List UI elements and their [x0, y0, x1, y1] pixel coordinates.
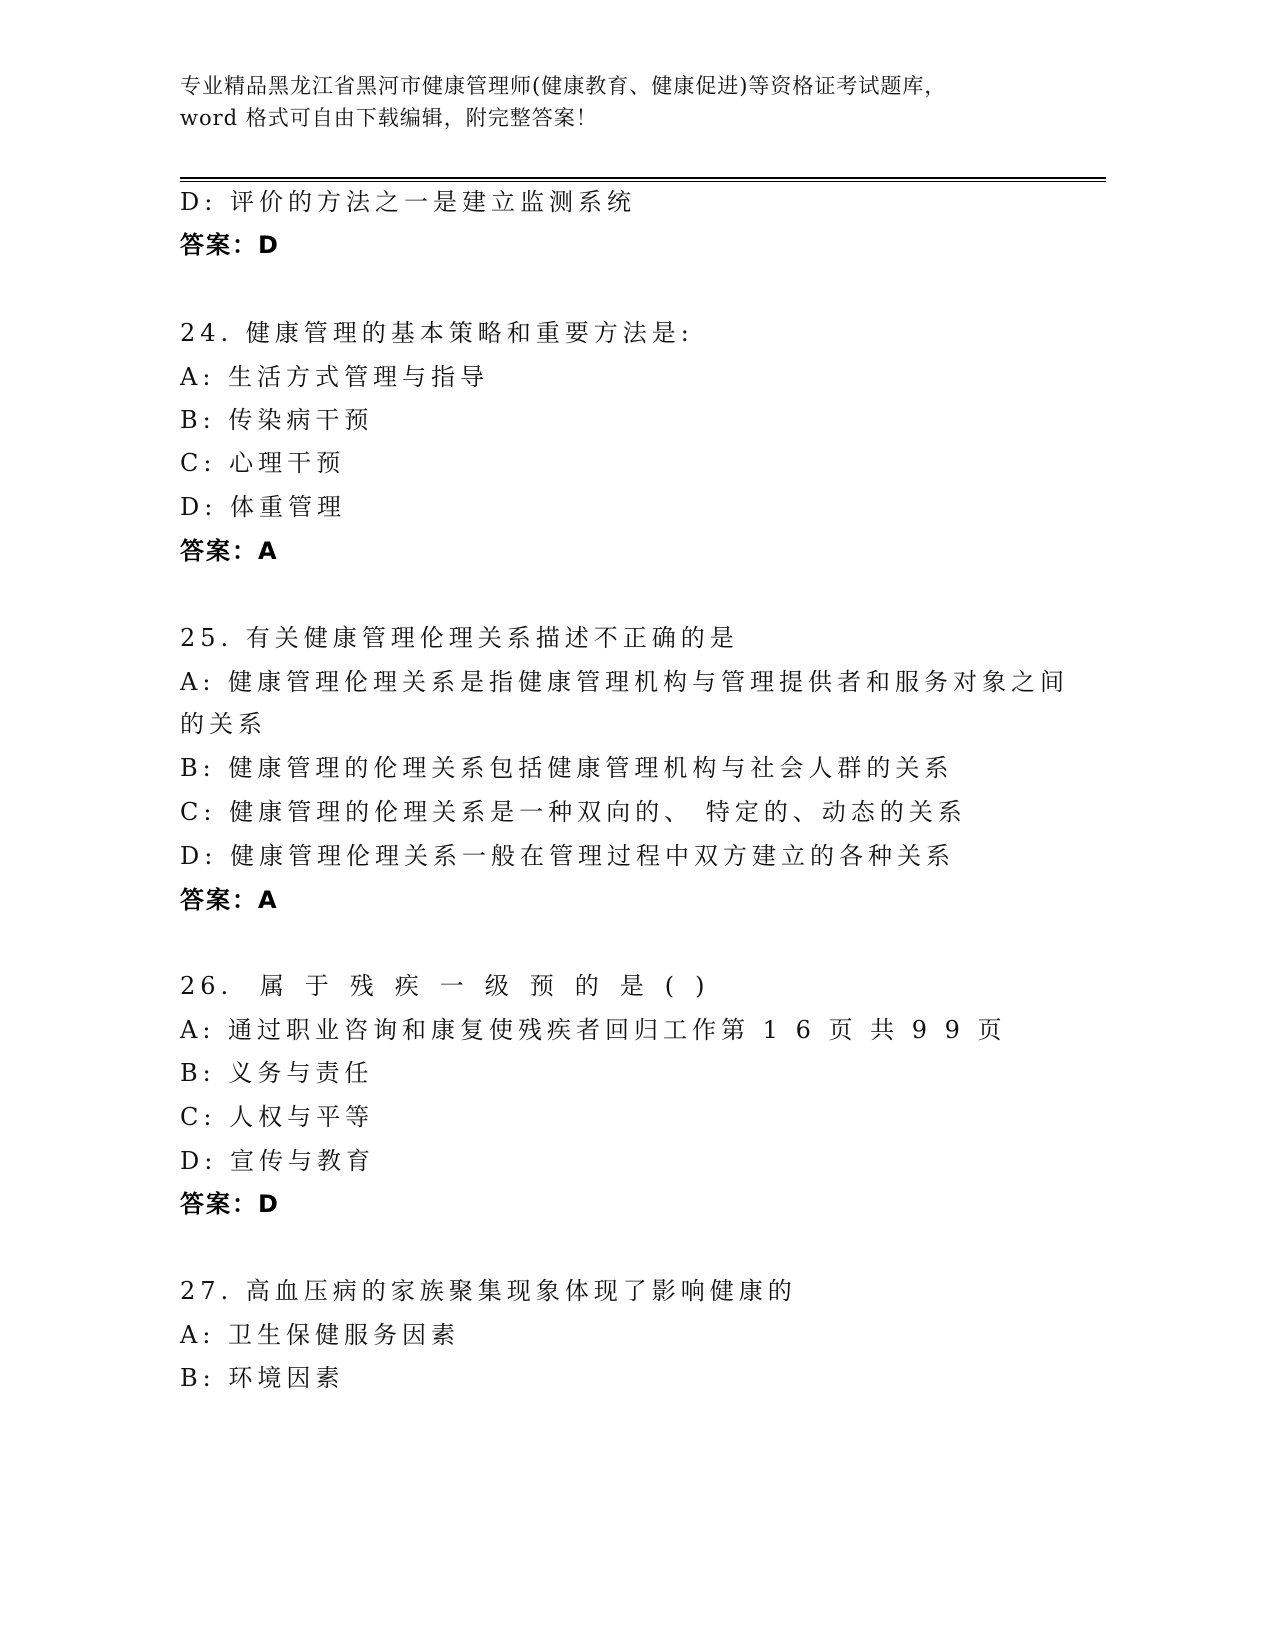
document-page: 专业精品黑龙江省黑河市健康管理师(健康教育、健康促进)等资格证考试题库， wor… — [0, 0, 1275, 1650]
question-26-option-d: D: 宣传与教育 — [180, 1145, 375, 1177]
question-26-number: 26. — [180, 972, 233, 1000]
question-26-stem: 26. 属于残疾一级预的是() — [180, 970, 726, 1002]
question-24-option-a: A: 生活方式管理与指导 — [180, 361, 489, 393]
question-25-stem: 25. 有关健康管理伦理关系描述不正确的是 — [180, 622, 739, 654]
question-25-option-c: C: 健康管理的伦理关系是一种双向的、 特定的、动态的关系 — [180, 796, 967, 828]
question-25-answer: 答案：A — [180, 884, 279, 916]
question-24-stem: 24. 健康管理的基本策略和重要方法是: — [180, 317, 694, 349]
question-27-option-a: A: 卫生保健服务因素 — [180, 1319, 460, 1351]
question-25-option-b: B: 健康管理的伦理关系包括健康管理机构与社会人群的关系 — [180, 752, 953, 784]
header-double-rule — [180, 177, 1106, 182]
question-24-option-d: D: 体重管理 — [180, 491, 346, 523]
question-24-answer: 答案：A — [180, 535, 279, 567]
question-26-answer: 答案：D — [180, 1188, 280, 1220]
question-26-option-c: C: 人权与平等 — [180, 1101, 374, 1133]
header-title-line-1: 专业精品黑龙江省黑河市健康管理师(健康教育、健康促进)等资格证考试题库， — [180, 70, 1110, 102]
question-27-option-b: B: 环境因素 — [180, 1362, 344, 1394]
question-24-option-c: C: 心理干预 — [180, 447, 345, 479]
question-25-option-a: A: 健康管理伦理关系是指健康管理机构与管理提供者和服务对象之间 — [180, 666, 1069, 698]
header-title-line-2: word 格式可自由下载编辑，附完整答案！ — [180, 102, 1110, 134]
question-27-stem: 27. 高血压病的家族聚集现象体现了影响健康的 — [180, 1275, 797, 1307]
document-header: 专业精品黑龙江省黑河市健康管理师(健康教育、健康促进)等资格证考试题库， wor… — [180, 70, 1110, 134]
question-26-option-a: A: 通过职业咨询和康复使残疾者回归工作第 1 6 页 共 9 9 页 — [180, 1014, 1007, 1046]
prev-question-answer: 答案：D — [180, 229, 280, 261]
question-25-option-a-cont: 的关系 — [180, 708, 267, 740]
question-26-option-b: B: 义务与责任 — [180, 1057, 373, 1089]
question-26-text: 属于残疾一级预的是() — [260, 972, 726, 1000]
prev-question-option-d: D: 评价的方法之一是建立监测系统 — [180, 186, 636, 218]
question-24-option-b: B: 传染病干预 — [180, 404, 373, 436]
question-25-option-d: D: 健康管理伦理关系一般在管理过程中双方建立的各种关系 — [180, 840, 955, 872]
